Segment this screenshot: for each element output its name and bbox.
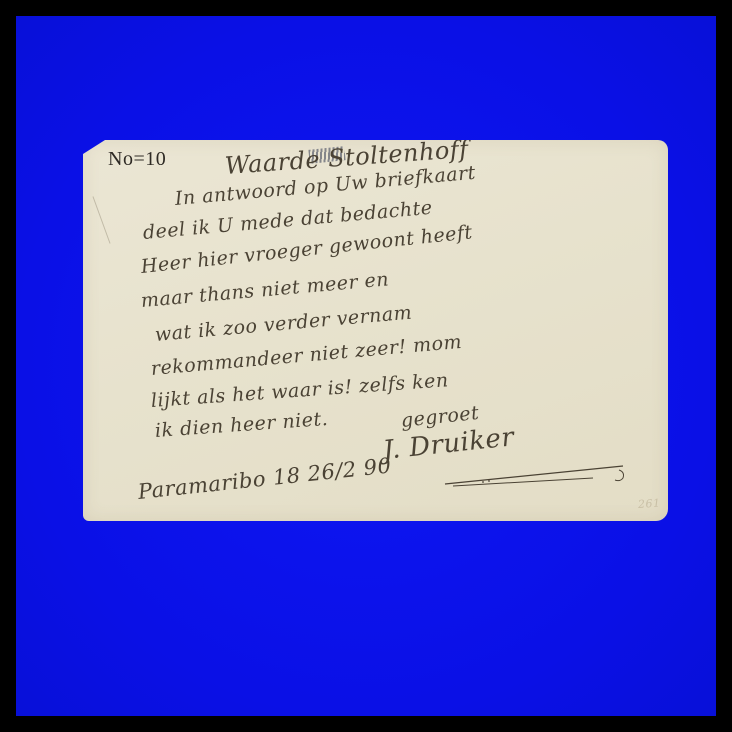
signature-flourish-icon [443,462,633,488]
postcard: No=10 Waarde Stoltenhoff In antwoord op … [83,140,668,521]
blue-background: No=10 Waarde Stoltenhoff In antwoord op … [16,16,716,716]
date-line: Paramaribo 18 26/2 90 [137,453,393,503]
body-line: ik dien heer niet. [154,408,329,442]
pencil-mark [92,196,110,243]
corner-mark: 261 [638,496,661,511]
card-number-label: No=10 [108,148,166,171]
body-line: maar thans niet meer en [140,268,390,312]
